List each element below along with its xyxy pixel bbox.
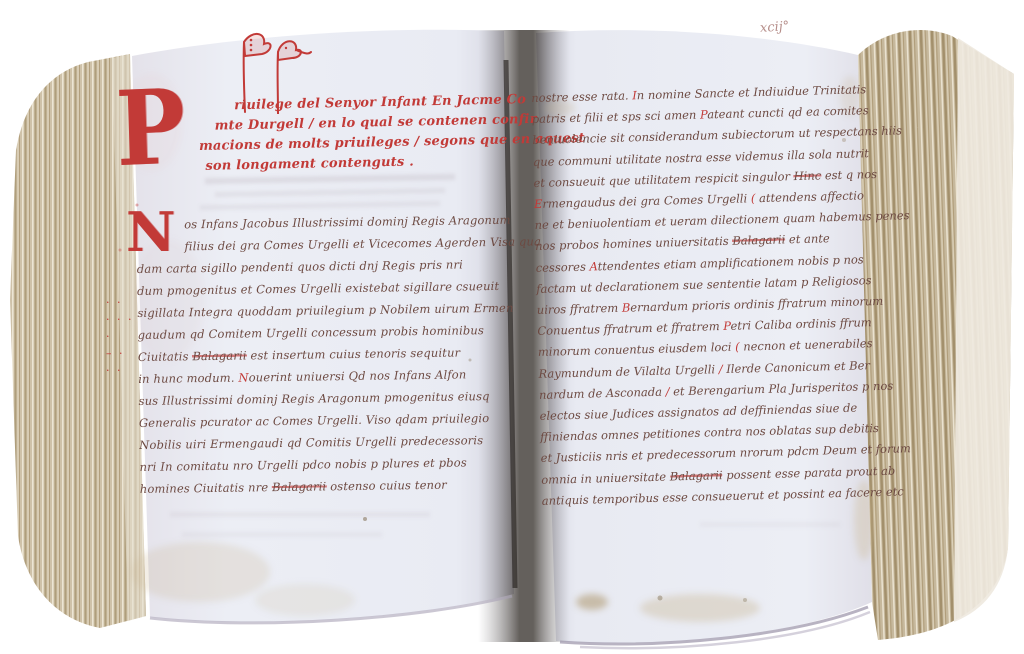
text-segment: necnon et uenerabiles — [739, 337, 872, 354]
manuscript-photo: P riuilege del Senyor Infant En Jacme Co… — [0, 0, 1024, 654]
text-segment: os Infans Jacobus Illustrissimi dominj R… — [184, 213, 511, 232]
text-segment: et ante — [785, 232, 830, 247]
text-segment: dum pmogenitus et Comes Urgelli existeba… — [137, 279, 499, 298]
text-segment: cessores — [536, 259, 590, 274]
text-segment: nos probos homines uniuersitatis — [535, 234, 733, 253]
text-segment: ernardum prioris ordinis ffratrum minoru… — [630, 294, 883, 315]
text-segment: Hinc — [793, 168, 821, 183]
text-segment: et consueuit que utilitatem respicit sin… — [533, 169, 794, 190]
text-segment: patris et filii et sps sci amen — [532, 108, 701, 126]
text-segment: ostenso cuius tenor — [326, 478, 447, 494]
text-segment: n nomine Sancte et Indiuidue Trinitatis — [637, 82, 867, 102]
margin-mark: · · — [106, 362, 133, 379]
text-segment: ttendentes etiam amplificationem nobis p… — [597, 252, 863, 273]
text-segment: est insertum cuius tenoris sequitur — [247, 345, 461, 362]
margin-mark: – · — [106, 345, 133, 362]
text-segment: possent esse parata prout ab — [722, 463, 895, 482]
text-segment: Balagarii — [192, 348, 246, 363]
right-page-text: nostre esse rata. In nomine Sancte et In… — [531, 79, 878, 512]
text-segment: Ilerde Canonicum et Ber — [722, 358, 870, 376]
text-segment: Balagarii — [272, 479, 326, 494]
text-segment: attendens affectio — [755, 188, 864, 205]
text-segment: nardum de Asconada — [539, 384, 666, 401]
folio-number: xcij° — [760, 19, 790, 36]
text-segment: nri In comitatu nro Urgelli pdco nobis p… — [139, 455, 467, 474]
text-segment: sigillata Integra quoddam priuilegium p … — [137, 301, 513, 320]
text-segment: sus Illustrissimi dominj Regis Aragonum … — [139, 389, 490, 408]
text-segment: gaudum qd Comitem Urgelli concessum prob… — [138, 323, 484, 342]
text-segment: B — [622, 301, 631, 315]
text-segment: omnia in uniuersitate — [541, 469, 670, 486]
text-segment: uiros ffratrem — [537, 301, 622, 317]
margin-mark: · — [106, 328, 133, 345]
text-segment: ateant cuncti qd ea comites — [707, 103, 869, 121]
text-segment: filius dei gra Comes Urgelli et Vicecome… — [184, 234, 541, 253]
text-segment: in hunc modum. — [138, 371, 238, 386]
margin-mark: · · · — [106, 311, 133, 328]
rubric-heading: riuilege del Senyor Infant En Jacme Comt… — [198, 89, 585, 177]
text-segment: Ciuitatis — [138, 349, 193, 364]
text-segment: homines Ciuitatis nre — [140, 480, 272, 496]
margin-marks: · ·· · ··– ·· · — [106, 294, 133, 379]
text-segment: son longament contenguts . — [205, 154, 414, 173]
text-segment: Balagarii — [732, 233, 785, 248]
text-segment: etri Caliba ordinis ffrum — [730, 315, 872, 333]
text-segment: Raymundum de Vilalta Urgelli — [538, 362, 719, 381]
left-page-text: os Infans Jacobus Illustrissimi dominj R… — [136, 209, 492, 500]
text-segment: Generalis pcurator ac Comes Urgelli. Vis… — [139, 411, 490, 430]
text-segment: minorum conuentus eiusdem loci — [538, 340, 736, 359]
text-segment: rmengaudus dei gra Comes Urgelli — [542, 191, 751, 210]
text-segment: Balagarii — [670, 468, 723, 483]
text-segment: nostre esse rata. — [531, 88, 632, 105]
text-segment: N — [238, 370, 248, 384]
text-segment: ouerint uniuersi Qd nos Infans Alfon — [249, 367, 467, 384]
text-segment: et Berengarium Pla Jurisperitos p nos — [669, 378, 893, 398]
text-segment: est q nos — [821, 167, 877, 182]
text-segment: Nobilis uiri Ermengaudi qd Comitis Urgel… — [139, 433, 483, 452]
text-segment: dam carta sigillo pendenti quos dicti dn… — [137, 257, 463, 276]
cover-edge — [954, 38, 1014, 622]
text-segment: Conuentus ffratrum et ffratrem — [537, 319, 723, 338]
rubric-initial-p: P — [115, 80, 187, 177]
margin-mark: · · — [106, 294, 133, 311]
